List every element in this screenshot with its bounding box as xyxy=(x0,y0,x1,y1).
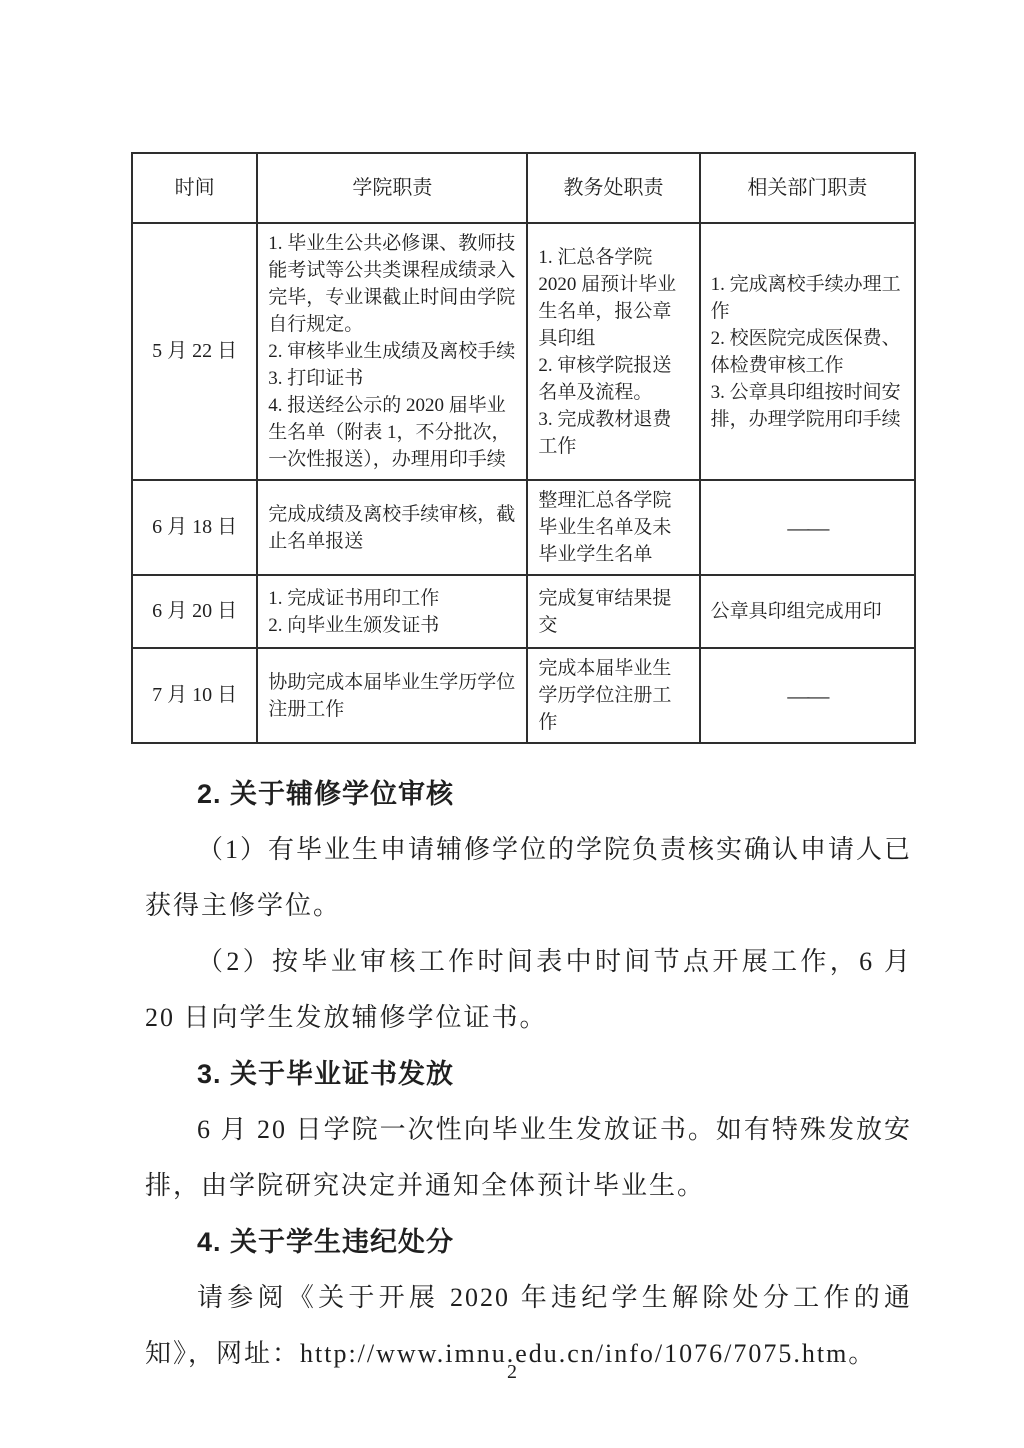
section-heading-student-discipline: 4. 关于学生违纪处分 xyxy=(131,1214,916,1270)
document-page: 时间 学院职责 教务处职责 相关部门职责 5 月 22 日 1. 毕业生公共必修… xyxy=(0,0,1024,1448)
paragraph: （2）按毕业审核工作时间表中时间节点开展工作，6 月 20 日向学生发放辅修学位… xyxy=(145,934,912,1046)
cell-time: 6 月 20 日 xyxy=(132,575,257,648)
cell-related-dept-duty: —— xyxy=(700,648,915,743)
header-time: 时间 xyxy=(132,153,257,223)
cell-college-duty: 完成成绩及离校手续审核，截止名单报送 xyxy=(257,480,527,575)
graduation-schedule-table: 时间 学院职责 教务处职责 相关部门职责 5 月 22 日 1. 毕业生公共必修… xyxy=(131,152,916,744)
cell-time: 6 月 18 日 xyxy=(132,480,257,575)
section-heading-diploma-issuance: 3. 关于毕业证书发放 xyxy=(131,1046,916,1102)
cell-time: 5 月 22 日 xyxy=(132,223,257,480)
header-college-duty: 学院职责 xyxy=(257,153,527,223)
cell-related-dept-duty: —— xyxy=(700,480,915,575)
table-header-row: 时间 学院职责 教务处职责 相关部门职责 xyxy=(132,153,915,223)
document-body: 2. 关于辅修学位审核 （1）有毕业生申请辅修学位的学院负责核实确认申请人已获得… xyxy=(131,766,916,1382)
cell-academic-affairs-duty: 1. 汇总各学院 2020 届预计毕业生名单，报公章具印组 2. 审核学院报送名… xyxy=(527,223,699,480)
cell-time: 7 月 10 日 xyxy=(132,648,257,743)
cell-academic-affairs-duty: 整理汇总各学院毕业生名单及未毕业学生名单 xyxy=(527,480,699,575)
section-heading-minor-degree-audit: 2. 关于辅修学位审核 xyxy=(131,766,916,822)
header-academic-affairs-duty: 教务处职责 xyxy=(527,153,699,223)
cell-academic-affairs-duty: 完成复审结果提交 xyxy=(527,575,699,648)
table-row: 6 月 18 日 完成成绩及离校手续审核，截止名单报送 整理汇总各学院毕业生名单… xyxy=(132,480,915,575)
table-row: 5 月 22 日 1. 毕业生公共必修课、教师技能考试等公共类课程成绩录入完毕，… xyxy=(132,223,915,480)
paragraph: （1）有毕业生申请辅修学位的学院负责核实确认申请人已获得主修学位。 xyxy=(145,822,912,934)
cell-college-duty: 1. 完成证书用印工作 2. 向毕业生颁发证书 xyxy=(257,575,527,648)
table-row: 7 月 10 日 协助完成本届毕业生学历学位注册工作 完成本届毕业生学历学位注册… xyxy=(132,648,915,743)
table-row: 6 月 20 日 1. 完成证书用印工作 2. 向毕业生颁发证书 完成复审结果提… xyxy=(132,575,915,648)
cell-college-duty: 协助完成本届毕业生学历学位注册工作 xyxy=(257,648,527,743)
page-number: 2 xyxy=(0,1361,1024,1384)
paragraph: 6 月 20 日学院一次性向毕业生发放证书。如有特殊发放安排，由学院研究决定并通… xyxy=(145,1102,912,1214)
cell-academic-affairs-duty: 完成本届毕业生学历学位注册工作 xyxy=(527,648,699,743)
cell-related-dept-duty: 公章具印组完成用印 xyxy=(700,575,915,648)
cell-related-dept-duty: 1. 完成离校手续办理工作 2. 校医院完成医保费、体检费审核工作 3. 公章具… xyxy=(700,223,915,480)
cell-college-duty: 1. 毕业生公共必修课、教师技能考试等公共类课程成绩录入完毕，专业课截止时间由学… xyxy=(257,223,527,480)
header-related-dept-duty: 相关部门职责 xyxy=(700,153,915,223)
